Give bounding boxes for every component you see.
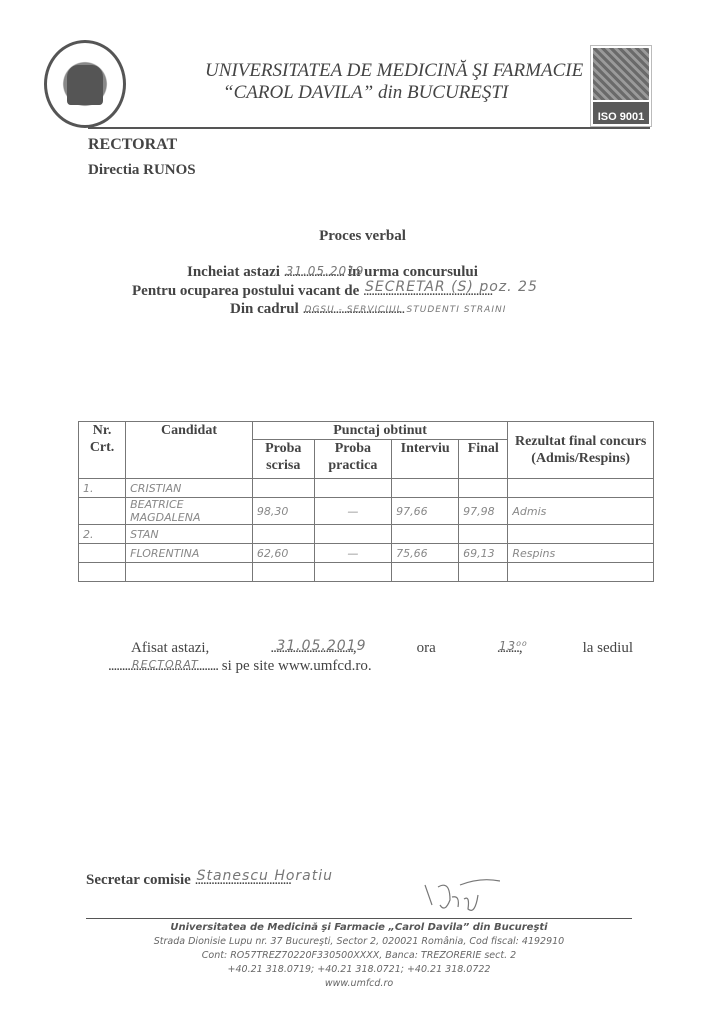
posting-date-field: ..............................,31.05.201… bbox=[270, 640, 355, 657]
cell-practica: — bbox=[314, 498, 392, 525]
intro-date-suffix: in urma concursului bbox=[348, 264, 478, 280]
intro-date-handwritten: 31.05.2019 bbox=[286, 264, 365, 278]
intro-post-label: Pentru ocuparea postului vacant de bbox=[132, 283, 359, 299]
intro-date-field: ......................31.05.2019 bbox=[284, 264, 345, 280]
footer: Universitatea de Medicină şi Farmacie „C… bbox=[86, 921, 632, 991]
cell-scrisa: 62,60 bbox=[252, 544, 314, 563]
posting-location-handwritten: RECTORAT bbox=[132, 658, 199, 671]
posting-sediul-label: la sediul bbox=[583, 640, 633, 657]
cell-candidat: BEATRICE MAGDALENA bbox=[126, 498, 253, 525]
footer-phones: +40.21 318.0719; +40.21 318.0721; +40.21… bbox=[86, 963, 632, 977]
secretary-name-handwritten: Stanescu Horatiu bbox=[197, 868, 333, 884]
cell-interviu bbox=[392, 563, 459, 582]
cell-interviu: 75,66 bbox=[392, 544, 459, 563]
table-row: 1.CRISTIAN bbox=[79, 479, 654, 498]
cell-interviu bbox=[392, 479, 459, 498]
table-row bbox=[79, 563, 654, 582]
cell-nr bbox=[79, 544, 126, 563]
posting-location-field: ........................................… bbox=[108, 658, 218, 674]
cell-scrisa bbox=[252, 479, 314, 498]
cell-final bbox=[459, 479, 508, 498]
department-directia: Directia RUNOS bbox=[88, 162, 196, 179]
header-interviu: Interviu bbox=[392, 440, 459, 479]
intro-department-handwritten: DGSU - SERVICIUL STUDENTI STRAINI bbox=[305, 305, 507, 315]
cell-practica bbox=[314, 563, 392, 582]
intro-post-field: ........................................… bbox=[363, 283, 492, 299]
posting-hour-field: ........,13⁰⁰ bbox=[497, 640, 522, 657]
cell-rezultat bbox=[508, 563, 654, 582]
university-name: UNIVERSITATEA DE MEDICINĂ ŞI FARMACIE “C… bbox=[205, 60, 583, 104]
header-rezultat-final: Rezultat final concurs (Admis/Respins) bbox=[508, 422, 654, 479]
posting-line2: ........................................… bbox=[108, 658, 372, 675]
cell-practica: — bbox=[314, 544, 392, 563]
footer-address: Strada Dionisie Lupu nr. 37 Bucureşti, S… bbox=[86, 935, 632, 949]
cell-final bbox=[459, 563, 508, 582]
cell-rezultat: Admis bbox=[508, 498, 654, 525]
cell-candidat: CRISTIAN bbox=[126, 479, 253, 498]
iso-certification-icon: ISO 9001 bbox=[590, 45, 652, 127]
secretary-line: Secretar comisie .......................… bbox=[86, 872, 291, 889]
intro-line-post: Pentru ocuparea postului vacant de .....… bbox=[132, 283, 492, 300]
table-row: FLORENTINA62,60—75,6669,13Respins bbox=[79, 544, 654, 563]
footer-university: Universitatea de Medicină şi Farmacie „C… bbox=[86, 921, 632, 935]
header-proba-scrisa: Proba scrisa bbox=[252, 440, 314, 479]
header-final: Final bbox=[459, 440, 508, 479]
cell-final bbox=[459, 525, 508, 544]
cell-final: 69,13 bbox=[459, 544, 508, 563]
cell-nr: 2. bbox=[79, 525, 126, 544]
secretary-field: ...................................Stane… bbox=[195, 872, 291, 888]
cell-rezultat bbox=[508, 525, 654, 544]
footer-divider bbox=[86, 918, 632, 919]
cell-candidat bbox=[126, 563, 253, 582]
header-candidat: Candidat bbox=[126, 422, 253, 479]
table-row: 2.STAN bbox=[79, 525, 654, 544]
cell-nr: 1. bbox=[79, 479, 126, 498]
results-table: Nr. Crt. Candidat Punctaj obtinut Rezult… bbox=[78, 421, 654, 582]
posting-site-text: si pe site www.umfcd.ro. bbox=[222, 658, 372, 674]
cell-interviu: 97,66 bbox=[392, 498, 459, 525]
posting-ora-label: ora bbox=[417, 640, 436, 657]
department-rectorat: RECTORAT bbox=[88, 136, 177, 154]
cell-candidat: FLORENTINA bbox=[126, 544, 253, 563]
intro-department-label: Din cadrul bbox=[230, 301, 299, 317]
cell-nr bbox=[79, 498, 126, 525]
university-name-line2: “CAROL DAVILA” din BUCUREŞTI bbox=[205, 82, 583, 104]
cell-scrisa: 98,30 bbox=[252, 498, 314, 525]
posting-afisat-label: Afisat astazi, bbox=[131, 640, 209, 657]
cell-scrisa bbox=[252, 525, 314, 544]
cell-rezultat bbox=[508, 479, 654, 498]
cell-final: 97,98 bbox=[459, 498, 508, 525]
cell-scrisa bbox=[252, 563, 314, 582]
header-nr-crt: Nr. Crt. bbox=[79, 422, 126, 479]
table-row: BEATRICE MAGDALENA98,30—97,6697,98Admis bbox=[79, 498, 654, 525]
signature-icon bbox=[420, 875, 500, 915]
header-proba-practica: Proba practica bbox=[314, 440, 392, 479]
posting-line1: Afisat astazi, .........................… bbox=[131, 640, 633, 657]
cell-practica bbox=[314, 525, 392, 544]
cell-rezultat: Respins bbox=[508, 544, 654, 563]
cell-practica bbox=[314, 479, 392, 498]
posting-hour-handwritten: 13⁰⁰ bbox=[499, 639, 528, 653]
cell-interviu bbox=[392, 525, 459, 544]
intro-department-field: .....................................DGS… bbox=[303, 301, 405, 317]
intro-date-label: Incheiat astazi bbox=[187, 264, 280, 280]
posting-date-handwritten: 31.05.2019 bbox=[276, 638, 366, 654]
secretary-label: Secretar comisie bbox=[86, 872, 191, 888]
header-punctaj-obtinut: Punctaj obtinut bbox=[252, 422, 508, 440]
cell-candidat: STAN bbox=[126, 525, 253, 544]
footer-website: www.umfcd.ro bbox=[86, 977, 632, 991]
document-title: Proces verbal bbox=[0, 228, 725, 245]
intro-line-department: Din cadrul .............................… bbox=[230, 301, 404, 318]
footer-bank: Cont: RO57TREZ70220F330500XXXX, Banca: T… bbox=[86, 949, 632, 963]
header-divider bbox=[88, 127, 650, 129]
iso-label: ISO 9001 bbox=[593, 102, 649, 124]
university-seal-icon bbox=[44, 40, 126, 128]
cell-nr bbox=[79, 563, 126, 582]
intro-post-handwritten: SECRETAR (S) poz. 25 bbox=[365, 279, 538, 295]
university-name-line1: UNIVERSITATEA DE MEDICINĂ ŞI FARMACIE bbox=[205, 60, 583, 82]
